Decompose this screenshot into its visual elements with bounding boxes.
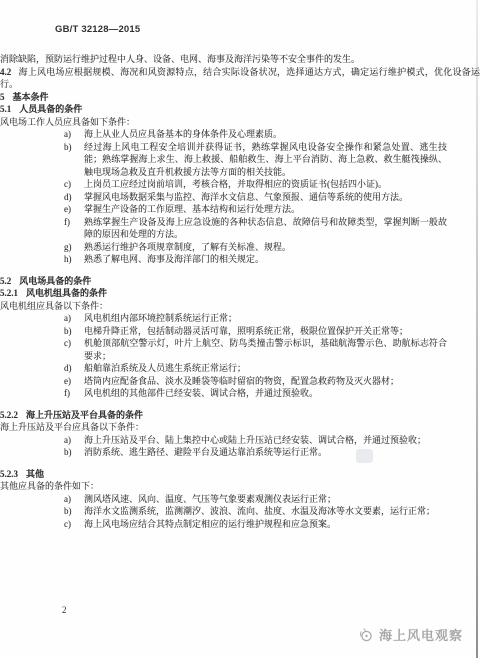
list-item: a)海上从业人员应具备基本的身体条件及心理素质。 xyxy=(64,128,447,141)
list-item: g)熟悉运行维护各项规章制度，了解有关标准、规程。 xyxy=(64,241,447,254)
section-5-2-2-number: 5.2.2 xyxy=(0,410,18,420)
clause-4-2: 4.2海上风电场应根据规模、海况和风资源特点，结合实际设备状况，选择通达方式，确… xyxy=(0,66,480,91)
list-item-label: c) xyxy=(64,518,84,531)
list-item-text: 船舶靠泊系统及人员逃生系统正常运行； xyxy=(84,362,447,375)
section-5-2-3-title: 其他 xyxy=(26,469,44,479)
list-item-label: g) xyxy=(64,241,84,254)
list-item-label: a) xyxy=(64,493,84,506)
list-item-label: d) xyxy=(64,362,84,375)
section-5-2-2-title: 海上升压站及平台具备的条件 xyxy=(26,410,143,420)
list-item-text: 电梯升降正常，包括制动器灵活可靠，照明系统正常，极限位置保护开关正常等； xyxy=(84,325,447,338)
requirement-list-5-2-1: a)风电机组内部环境控制系统运行正常； b)电梯升降正常，包括制动器灵活可靠，照… xyxy=(64,312,447,400)
list-item-text: 熟悉运行维护各项规章制度，了解有关标准、规程。 xyxy=(84,241,447,254)
list-item-label: c) xyxy=(64,178,84,191)
list-item-label: c) xyxy=(64,337,84,362)
list-item-label: e) xyxy=(64,375,84,388)
list-item-text: 消防系统、逃生路径、避险平台及通达靠泊系统等运行正常。 xyxy=(84,446,447,459)
section-5-2-3-heading: 5.2.3其他 xyxy=(0,468,480,481)
section-5-number: 5 xyxy=(0,92,5,102)
section-5-2-1-title: 风电机组具备的条件 xyxy=(26,288,107,298)
list-item-text: 海上风电场应结合其特点制定相应的运行维护规程和应急预案。 xyxy=(84,518,447,531)
list-item: a)海上升压站及平台、陆上集控中心或陆上升压站已经安装、调试合格，并通过预验收； xyxy=(64,434,447,447)
document-page: GB/T 32128—2015 消除缺陷，预防运行维护过程中人身、设备、电网、海… xyxy=(0,0,480,658)
broadcast-circle-icon xyxy=(358,627,374,643)
standard-number-header: GB/T 32128—2015 xyxy=(55,24,140,35)
list-item-text: 机舱顶部航空警示灯，叶片上航空、防鸟类撞击警示标识，基础航海警示色、助航标志符合… xyxy=(84,337,447,362)
document-content: 消除缺陷，预防运行维护过程中人身、设备、电网、海事及海洋污染等不安全事件的发生。… xyxy=(0,53,480,530)
list-item-text: 掌握生产设备的工作原理、基本结构和运行处理方法。 xyxy=(84,203,447,216)
list-item-label: h) xyxy=(64,253,84,266)
list-item: b)海洋水文监测系统，监测潮汐、波浪、流向、盐度、水温及海冰等水文要素，运行正常… xyxy=(64,505,447,518)
list-item-text: 测风塔风速、风向、温度、气压等气象要素观测仪表运行正常； xyxy=(84,493,447,506)
section-5-2-1-number: 5.2.1 xyxy=(0,288,18,298)
requirement-list-5-1: a)海上从业人员应具备基本的身体条件及心理素质。 b)经过海上风电工程安全培训并… xyxy=(64,128,447,266)
list-item: d)船舶靠泊系统及人员逃生系统正常运行； xyxy=(64,362,447,375)
list-item: c)海上风电场应结合其特点制定相应的运行维护规程和应急预案。 xyxy=(64,518,447,531)
list-item-text: 风电机组内部环境控制系统运行正常； xyxy=(84,312,447,325)
clause-4-2-number: 4.2 xyxy=(0,67,11,77)
list-item-label: e) xyxy=(64,203,84,216)
list-item: a)测风塔风速、风向、温度、气压等气象要素观测仪表运行正常； xyxy=(64,493,447,506)
requirement-list-5-2-3: a)测风塔风速、风向、温度、气压等气象要素观测仪表运行正常； b)海洋水文监测系… xyxy=(64,493,447,531)
list-item: b)消防系统、逃生路径、避险平台及通达靠泊系统等运行正常。 xyxy=(64,446,447,459)
list-item-text: 熟悉了解电网、海事及海洋部门的相关规定。 xyxy=(84,253,447,266)
list-item-label: b) xyxy=(64,141,84,179)
list-item: c)上岗员工应经过岗前培训，考核合格，并取得相应的资质证书(包括四小证)。 xyxy=(64,178,447,191)
list-item-text: 风电机组的其他部件已经安装、调试合格，并通过预验收。 xyxy=(84,387,447,400)
section-5-title: 基本条件 xyxy=(13,92,49,102)
section-5-2-number: 5.2 xyxy=(0,276,11,286)
section-5-1-intro: 风电场工作人员应具备如下条件： xyxy=(0,116,480,129)
requirement-list-5-2-2: a)海上升压站及平台、陆上集控中心或陆上升压站已经安装、调试合格，并通过预验收；… xyxy=(64,434,447,459)
scan-smudge xyxy=(356,449,373,463)
list-item: e)塔筒内应配备食品、淡水及睡袋等临时留宿的物资，配置急救药物及灭火器材； xyxy=(64,375,447,388)
list-item-label: f) xyxy=(64,387,84,400)
section-5-2-1-intro: 风电机组应具备以下条件： xyxy=(0,300,480,313)
section-5-heading: 5基本条件 xyxy=(0,91,480,104)
section-5-1-number: 5.1 xyxy=(0,104,11,114)
list-item-text: 海洋水文监测系统，监测潮汐、波浪、流向、盐度、水温及海冰等水文要素，运行正常； xyxy=(84,505,447,518)
list-item-text: 熟练掌握生产设备及海上应急设施的各种状态信息、故障信号和故障类型，掌握判断一般故… xyxy=(84,216,447,241)
section-5-2-1-heading: 5.2.1风电机组具备的条件 xyxy=(0,287,480,300)
watermark-text: 海上风电观察 xyxy=(379,625,463,644)
list-item-label: b) xyxy=(64,505,84,518)
section-5-1-heading: 5.1人员具备的条件 xyxy=(0,103,480,116)
list-item-label: b) xyxy=(64,325,84,338)
list-item: b)电梯升降正常，包括制动器灵活可靠，照明系统正常，极限位置保护开关正常等； xyxy=(64,325,447,338)
list-item-label: a) xyxy=(64,128,84,141)
list-item: h)熟悉了解电网、海事及海洋部门的相关规定。 xyxy=(64,253,447,266)
section-5-2-2-heading: 5.2.2海上升压站及平台具备的条件 xyxy=(0,409,480,422)
list-item-label: d) xyxy=(64,191,84,204)
list-item: a)风电机组内部环境控制系统运行正常； xyxy=(64,312,447,325)
list-item: c)机舱顶部航空警示灯，叶片上航空、防鸟类撞击警示标识，基础航海警示色、助航标志… xyxy=(64,337,447,362)
list-item-label: f) xyxy=(64,216,84,241)
paragraph-continuation: 消除缺陷，预防运行维护过程中人身、设备、电网、海事及海洋污染等不安全事件的发生。 xyxy=(0,53,480,66)
section-5-2-3-number: 5.2.3 xyxy=(0,469,18,479)
list-item: f)风电机组的其他部件已经安装、调试合格，并通过预验收。 xyxy=(64,387,447,400)
section-5-1-title: 人员具备的条件 xyxy=(19,104,82,114)
section-5-2-2-intro: 海上升压站及平台应具备以下条件： xyxy=(0,421,480,434)
list-item-label: a) xyxy=(64,434,84,447)
list-item: f)熟练掌握生产设备及海上应急设施的各种状态信息、故障信号和故障类型，掌握判断一… xyxy=(64,216,447,241)
section-5-2-heading: 5.2风电场具备的条件 xyxy=(0,275,480,288)
list-item-label: a) xyxy=(64,312,84,325)
list-item-text: 海上升压站及平台、陆上集控中心或陆上升压站已经安装、调试合格，并通过预验收； xyxy=(84,434,447,447)
section-5-2-title: 风电场具备的条件 xyxy=(19,276,91,286)
list-item-text: 上岗员工应经过岗前培训，考核合格，并取得相应的资质证书(包括四小证)。 xyxy=(84,178,447,191)
clause-4-2-text: 海上风电场应根据规模、海况和风资源特点，结合实际设备状况，选择通达方式，确定运行… xyxy=(0,67,480,90)
list-item-text: 经过海上风电工程安全培训并获得证书，熟练掌握风电设备安全操作和紧急处置、逃生技能… xyxy=(84,141,447,179)
page-number: 2 xyxy=(62,605,67,615)
watermark: 海上风电观察 xyxy=(358,625,463,644)
list-item-text: 塔筒内应配备食品、淡水及睡袋等临时留宿的物资，配置急救药物及灭火器材； xyxy=(84,375,447,388)
list-item: b)经过海上风电工程安全培训并获得证书，熟练掌握风电设备安全操作和紧急处置、逃生… xyxy=(64,141,447,179)
list-item: d)掌握风电场数据采集与监控、海洋水文信息、气象预报、通信等系统的使用方法。 xyxy=(64,191,447,204)
list-item-text: 海上从业人员应具备基本的身体条件及心理素质。 xyxy=(84,128,447,141)
list-item: e)掌握生产设备的工作原理、基本结构和运行处理方法。 xyxy=(64,203,447,216)
list-item-label: b) xyxy=(64,446,84,459)
list-item-text: 掌握风电场数据采集与监控、海洋水文信息、气象预报、通信等系统的使用方法。 xyxy=(84,191,447,204)
section-5-2-3-intro: 其他应具备的条件如下： xyxy=(0,480,480,493)
